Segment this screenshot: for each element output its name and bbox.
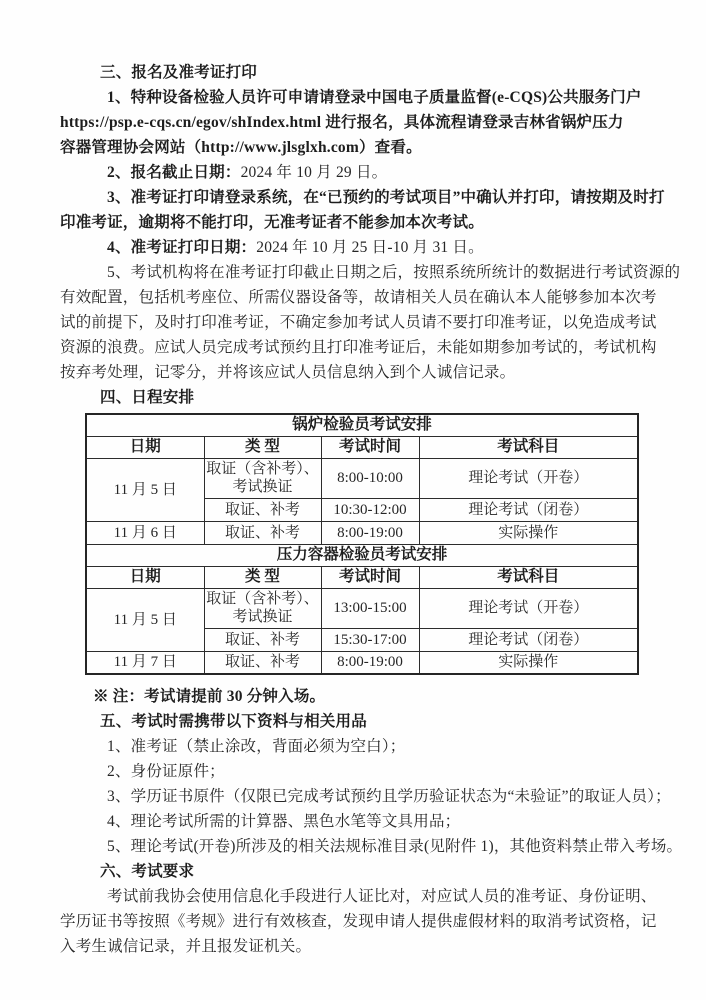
col-header-subject: 考试科目 xyxy=(419,436,638,458)
section5-item4: 4、理论考试所需的计算器、黑色水笔等文具用品； xyxy=(60,809,648,834)
document-page: 三、报名及准考证打印 1、特种设备检验人员许可申请请登录中国电子质量监督(e-C… xyxy=(0,0,706,1000)
vessel-r1-time: 13:00-15:00 xyxy=(321,588,419,628)
ticket-print-dates-label: 4、准考证打印日期： xyxy=(107,239,256,256)
section3-item3-line1: 3、准考证打印请登录系统，在“已预约的考试项目”中确认并打印，请按期及时打 xyxy=(60,185,648,210)
association-url-line: 容器管理协会网站（http://www.jlsglxh.com）查看。 xyxy=(60,135,648,160)
boiler-title-row: 锅炉检验员考试安排 xyxy=(86,414,638,436)
vessel-r1-subject: 理论考试（开卷） xyxy=(419,588,638,628)
section3-item5-line2: 有效配置，包括机考座位、所需仪器设备等，故请相关人员在确认本人能够参加本次考 xyxy=(60,285,648,310)
section6-para-line3: 入考生诚信记录，并且报发证机关。 xyxy=(60,934,648,959)
col-header-subject: 考试科目 xyxy=(419,566,638,588)
vessel-r3-subject: 实际操作 xyxy=(419,651,638,674)
section5-heading: 五、考试时需携带以下资料与相关用品 xyxy=(60,709,648,734)
boiler-r3-time: 8:00-19:00 xyxy=(321,521,419,544)
boiler-r3-type: 取证、补考 xyxy=(204,521,321,544)
vessel-r1-type: 取证（含补考）、 考试换证 xyxy=(204,588,321,628)
table-row: 11 月 7 日 取证、补考 8:00-19:00 实际操作 xyxy=(86,651,638,674)
vessel-r2-time: 15:30-17:00 xyxy=(321,628,419,651)
registration-url-line: https://psp.e-cqs.cn/egov/shIndex.html 进… xyxy=(60,110,648,135)
section5-item5: 5、理论考试(开卷)所涉及的相关法规标准目录(见附件 1)，其他资料禁止带入考场… xyxy=(60,834,648,859)
vessel-r2-subject: 理论考试（闭卷） xyxy=(419,628,638,651)
section3-item4: 4、准考证打印日期：2024 年 10 月 25 日-10 月 31 日。 xyxy=(60,235,648,260)
boiler-r3-subject: 实际操作 xyxy=(419,521,638,544)
vessel-r1-type-line2: 考试换证 xyxy=(205,608,321,626)
boiler-r2-time: 10:30-12:00 xyxy=(321,498,419,521)
ticket-print-dates-value: 2024 年 10 月 25 日-10 月 31 日。 xyxy=(256,239,484,256)
section5-item3: 3、学历证书原件（仅限已完成考试预约且学历验证状态为“未验证”的取证人员）； xyxy=(60,784,648,809)
section3-item5-line4: 资源的浪费。应试人员完成考试预约且打印准考证后，未能如期参加考试的，考试机构 xyxy=(60,335,648,360)
boiler-r1-subject: 理论考试（开卷） xyxy=(419,458,638,498)
boiler-r1-type-line1: 取证（含补考）、 xyxy=(205,460,321,478)
table-row: 11 月 5 日 取证（含补考）、 考试换证 13:00-15:00 理论考试（… xyxy=(86,588,638,628)
section5-item2: 2、身份证原件； xyxy=(60,759,648,784)
boiler-r2-type: 取证、补考 xyxy=(204,498,321,521)
entry-note: ※ 注：考试请提前 30 分钟入场。 xyxy=(60,684,648,709)
boiler-r1-type: 取证（含补考）、 考试换证 xyxy=(204,458,321,498)
section3-item2: 2、报名截止日期：2024 年 10 月 29 日。 xyxy=(60,160,648,185)
section3-item1-line1: 1、特种设备检验人员许可申请请登录中国电子质量监督(e-CQS)公共服务门户 xyxy=(60,85,648,110)
vessel-r2-type: 取证、补考 xyxy=(204,628,321,651)
boiler-table-title: 锅炉检验员考试安排 xyxy=(86,414,638,436)
section3-item5-line5: 按弃考处理，记零分，并将该应试人员信息纳入到个人诚信记录。 xyxy=(60,360,648,385)
section4-heading: 四、日程安排 xyxy=(60,385,648,410)
col-header-date: 日期 xyxy=(86,566,204,588)
document-content: 三、报名及准考证打印 1、特种设备检验人员许可申请请登录中国电子质量监督(e-C… xyxy=(60,60,648,959)
col-header-type: 类 型 xyxy=(204,566,321,588)
col-header-date: 日期 xyxy=(86,436,204,458)
section3-item3-line2: 印准考证，逾期将不能打印，无准考证者不能参加本次考试。 xyxy=(60,210,648,235)
section5-item1: 1、准考证（禁止涂改，背面必须为空白）； xyxy=(60,734,648,759)
section3-heading: 三、报名及准考证打印 xyxy=(60,60,648,85)
vessel-r1-type-line1: 取证（含补考）、 xyxy=(205,590,321,608)
section6-para-line1: 考试前我协会使用信息化手段进行人证比对，对应试人员的准考证、身份证明、 xyxy=(60,884,648,909)
col-header-type: 类 型 xyxy=(204,436,321,458)
vessel-table-title: 压力容器检验员考试安排 xyxy=(86,544,638,566)
registration-deadline-label: 2、报名截止日期： xyxy=(107,164,241,181)
boiler-header-row: 日期 类 型 考试时间 考试科目 xyxy=(86,436,638,458)
boiler-r1-time: 8:00-10:00 xyxy=(321,458,419,498)
boiler-r2-subject: 理论考试（闭卷） xyxy=(419,498,638,521)
table-row: 11 月 6 日 取证、补考 8:00-19:00 实际操作 xyxy=(86,521,638,544)
boiler-r1-type-line2: 考试换证 xyxy=(205,478,321,496)
col-header-time: 考试时间 xyxy=(321,436,419,458)
section6-para-line2: 学历证书等按照《考规》进行有效核查，发现申请人提供虚假材料的取消考试资格，记 xyxy=(60,909,648,934)
vessel-r3-date: 11 月 7 日 xyxy=(86,651,204,674)
section3-item5-line3: 试的前提下，及时打印准考证，不确定参加考试人员请不要打印准考证，以免造成考试 xyxy=(60,310,648,335)
vessel-title-row: 压力容器检验员考试安排 xyxy=(86,544,638,566)
vessel-r3-time: 8:00-19:00 xyxy=(321,651,419,674)
exam-schedule-table: 锅炉检验员考试安排 日期 类 型 考试时间 考试科目 11 月 5 日 取证（含… xyxy=(85,413,639,675)
vessel-r1-date: 11 月 5 日 xyxy=(86,588,204,651)
section3-item5-line1: 5、考试机构将在准考证打印截止日期之后，按照系统所统计的数据进行考试资源的 xyxy=(60,260,648,285)
section6-heading: 六、考试要求 xyxy=(60,859,648,884)
table-row: 11 月 5 日 取证（含补考）、 考试换证 8:00-10:00 理论考试（开… xyxy=(86,458,638,498)
boiler-r1-date: 11 月 5 日 xyxy=(86,458,204,521)
vessel-r3-type: 取证、补考 xyxy=(204,651,321,674)
boiler-r3-date: 11 月 6 日 xyxy=(86,521,204,544)
vessel-header-row: 日期 类 型 考试时间 考试科目 xyxy=(86,566,638,588)
registration-deadline-value: 2024 年 10 月 29 日。 xyxy=(241,164,388,181)
col-header-time: 考试时间 xyxy=(321,566,419,588)
